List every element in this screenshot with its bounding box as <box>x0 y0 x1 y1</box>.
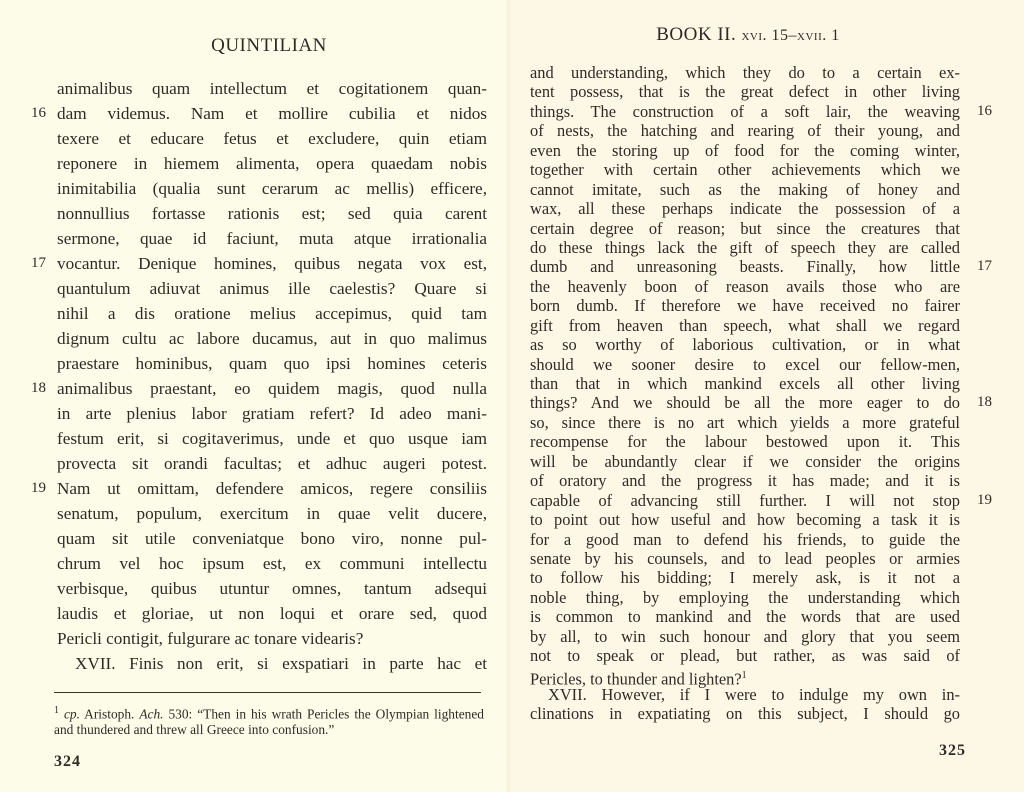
text-line: of nests, the hatching and rearing of th… <box>530 121 960 140</box>
line-text: the heavenly boon of reason avails those… <box>530 277 960 296</box>
text-line: chrum vel hoc ipsum est, ex communi inte… <box>57 551 487 576</box>
line-text: dumb and unreasoning beasts. Finally, ho… <box>530 257 960 276</box>
line-text: praestare hominibus, quam quo ipsi homin… <box>57 354 487 373</box>
text-line: things? And we should be all the more ea… <box>530 393 960 412</box>
line-text: certain degree of reason; but since the … <box>530 219 960 238</box>
text-line: gift from heaven than speech, what shall… <box>530 316 960 335</box>
line-text: chrum vel hoc ipsum est, ex communi inte… <box>57 554 487 573</box>
line-text: clinations in expatiating on this subjec… <box>530 704 960 723</box>
section-number: 18 <box>977 393 992 412</box>
text-line: will be abundantly clear if we consider … <box>530 452 960 471</box>
text-line: XVII. However, if I were to indulge my o… <box>530 685 960 704</box>
text-line: Pericli contigit, fulgurare ac tonare vi… <box>57 626 487 651</box>
footnote-work: Ach. <box>139 706 163 721</box>
section-number: 16 <box>977 102 992 121</box>
running-head-reference: xvi. 15–xvii. 1 <box>741 27 839 44</box>
line-text: in arte plenius labor gratiam refert? Id… <box>57 404 487 423</box>
text-line: certain degree of reason; but since the … <box>530 219 960 238</box>
line-text: to follow his bidding; I merely ask, is … <box>530 568 960 587</box>
text-line: together with certain other achievements… <box>530 160 960 179</box>
text-line: cannot imitate, such as the making of ho… <box>530 180 960 199</box>
text-line: festum erit, si cogitaverimus, unde et q… <box>57 426 487 451</box>
text-line: dumb and unreasoning beasts. Finally, ho… <box>530 257 960 276</box>
page-number-right: 325 <box>939 742 966 760</box>
text-line: animalibus quam intellectum et cogitatio… <box>57 76 487 101</box>
text-line: of oratory and the progress it has made;… <box>530 471 960 490</box>
line-text: so, since there is no art which yields a… <box>530 413 960 432</box>
line-text: texere et educare fetus et excludere, qu… <box>57 129 487 148</box>
line-text: by all, to win such honour and glory tha… <box>530 627 960 646</box>
line-text: things? And we should be all the more ea… <box>530 393 960 412</box>
text-line: is common to mankind and the words that … <box>530 607 960 626</box>
line-text: of nests, the hatching and rearing of th… <box>530 121 960 140</box>
text-line: Pericles, to thunder and lighten?1 <box>530 666 960 685</box>
text-line: by all, to win such honour and glory tha… <box>530 627 960 646</box>
text-line: Nam ut omittam, defendere amicos, regere… <box>57 476 487 501</box>
text-line: capable of advancing still further. I wi… <box>530 491 960 510</box>
line-text: recompense for the labour bestowed upon … <box>530 432 960 451</box>
line-text: reponere in hiemem alimenta, opera quaed… <box>57 154 487 173</box>
text-line: wax, all these perhaps indicate the poss… <box>530 199 960 218</box>
text-line: to follow his bidding; I merely ask, is … <box>530 568 960 587</box>
line-text: festum erit, si cogitaverimus, unde et q… <box>57 429 487 448</box>
left-page-latin: QUINTILIAN animalibus quam intellectum e… <box>0 0 510 792</box>
text-line: inimitabilia (qualia sunt cerarum ac mel… <box>57 176 487 201</box>
line-text: wax, all these perhaps indicate the poss… <box>530 199 960 218</box>
text-line: senatum, populum, exercitum in quae veli… <box>57 501 487 526</box>
line-text: animalibus praestant, eo quidem magis, q… <box>57 379 487 398</box>
line-text: is common to mankind and the words that … <box>530 607 960 626</box>
line-text: nonnullius fortasse rationis est; sed qu… <box>57 204 487 223</box>
text-line: dam videmus. Nam et mollire cubilia et n… <box>57 101 487 126</box>
line-text: than that in which mankind excels all ot… <box>530 374 960 393</box>
text-line: laudis et gloriae, ut non loqui et orare… <box>57 601 487 626</box>
footnote-reference[interactable]: 1 <box>742 670 747 681</box>
text-line: XVII. Finis non erit, si exspatiari in p… <box>57 651 487 676</box>
page-number-left: 324 <box>54 753 81 771</box>
text-line: the heavenly boon of reason avails those… <box>530 277 960 296</box>
text-line: provecta sit orandi facultas; et adhuc a… <box>57 451 487 476</box>
section-number: 18 <box>31 376 46 401</box>
line-text: animalibus quam intellectum et cogitatio… <box>57 79 487 98</box>
text-line: reponere in hiemem alimenta, opera quaed… <box>57 151 487 176</box>
text-line: nonnullius fortasse rationis est; sed qu… <box>57 201 487 226</box>
text-line: born dumb. If therefore we have received… <box>530 296 960 315</box>
line-text: tent possess, that is the great defect i… <box>530 82 960 101</box>
text-line: clinations in expatiating on this subjec… <box>530 704 960 723</box>
line-text: Pericli contigit, fulgurare ac tonare vi… <box>57 629 363 648</box>
line-text: dignum cultu ac labore ducamus, aut in q… <box>57 329 487 348</box>
line-text: do these things lack the gift of speech … <box>530 238 960 257</box>
line-text: sermone, quae id faciunt, muta atque irr… <box>57 229 487 248</box>
line-text: together with certain other achievements… <box>530 160 960 179</box>
text-line: even the storing up of food for the comi… <box>530 141 960 160</box>
text-line: senate by his counsels, and to lead peop… <box>530 549 960 568</box>
line-text: should we sooner desire to excel our fel… <box>530 355 960 374</box>
text-line: verbisque, quibus utuntur omnes, tantum … <box>57 576 487 601</box>
section-number: 17 <box>31 251 46 276</box>
text-line: things. The construction of a soft lair,… <box>530 102 960 121</box>
line-text: and understanding, which they do to a ce… <box>530 63 960 82</box>
line-text: capable of advancing still further. I wi… <box>530 491 960 510</box>
running-head-book: BOOK II. <box>656 24 736 45</box>
text-line: as so worthy of laborious cultivation, o… <box>530 335 960 354</box>
line-text: XVII. Finis non erit, si exspatiari in p… <box>75 654 487 673</box>
section-number: 19 <box>977 491 992 510</box>
text-line: quantulum adiuvat animus ille caelestis?… <box>57 276 487 301</box>
footnote: 1 cp. Aristoph. Ach. 530: “Then in his w… <box>54 703 484 737</box>
line-text: laudis et gloriae, ut non loqui et orare… <box>57 604 487 623</box>
line-text: to point out how useful and how becoming… <box>530 510 960 529</box>
text-line: so, since there is no art which yields a… <box>530 413 960 432</box>
line-text: cannot imitate, such as the making of ho… <box>530 180 960 199</box>
text-line: should we sooner desire to excel our fel… <box>530 355 960 374</box>
line-text: as so worthy of laborious cultivation, o… <box>530 335 960 354</box>
section-number: 17 <box>977 257 992 276</box>
line-text: will be abundantly clear if we consider … <box>530 452 960 471</box>
text-line: vocantur. Denique homines, quibus negata… <box>57 251 487 276</box>
english-text-block: and understanding, which they do to a ce… <box>530 63 960 724</box>
line-text: inimitabilia (qualia sunt cerarum ac mel… <box>57 179 487 198</box>
text-line: and understanding, which they do to a ce… <box>530 63 960 82</box>
line-text: senate by his counsels, and to lead peop… <box>530 549 960 568</box>
footnote-rule <box>54 692 481 693</box>
running-head-left: QUINTILIAN <box>0 35 538 57</box>
line-text: not to speak or plead, but rather, as wa… <box>530 646 960 665</box>
section-number: 19 <box>31 476 46 501</box>
text-line: animalibus praestant, eo quidem magis, q… <box>57 376 487 401</box>
line-text: verbisque, quibus utuntur omnes, tantum … <box>57 579 487 598</box>
text-line: quam sit utile conveniatque bono viro, n… <box>57 526 487 551</box>
text-line: texere et educare fetus et excludere, qu… <box>57 126 487 151</box>
line-text: vocantur. Denique homines, quibus negata… <box>57 254 487 273</box>
text-line: noble thing, by employing the understand… <box>530 588 960 607</box>
text-line: tent possess, that is the great defect i… <box>530 82 960 101</box>
text-line: praestare hominibus, quam quo ipsi homin… <box>57 351 487 376</box>
line-text: quantulum adiuvat animus ille caelestis?… <box>57 279 487 298</box>
footnote-marker: 1 <box>54 705 59 716</box>
line-text: quam sit utile conveniatque bono viro, n… <box>57 529 487 548</box>
line-text: born dumb. If therefore we have received… <box>530 296 960 315</box>
text-line: dignum cultu ac labore ducamus, aut in q… <box>57 326 487 351</box>
latin-text-block: animalibus quam intellectum et cogitatio… <box>57 76 487 676</box>
line-text: even the storing up of food for the comi… <box>530 141 960 160</box>
text-line: do these things lack the gift of speech … <box>530 238 960 257</box>
line-text: noble thing, by employing the understand… <box>530 588 960 607</box>
running-head-right: BOOK II. xvi. 15–xvii. 1 <box>510 24 986 46</box>
footnote-source: Aristoph. <box>84 706 134 721</box>
line-text: dam videmus. Nam et mollire cubilia et n… <box>57 104 487 123</box>
line-text: gift from heaven than speech, what shall… <box>530 316 960 335</box>
text-line: in arte plenius labor gratiam refert? Id… <box>57 401 487 426</box>
line-text: nihil a dis oratione melius accepimus, q… <box>57 304 487 323</box>
text-line: recompense for the labour bestowed upon … <box>530 432 960 451</box>
text-line: nihil a dis oratione melius accepimus, q… <box>57 301 487 326</box>
line-text: for a good man to defend his friends, to… <box>530 530 960 549</box>
line-text: of oratory and the progress it has made;… <box>530 471 960 490</box>
line-text: senatum, populum, exercitum in quae veli… <box>57 504 487 523</box>
text-line: sermone, quae id faciunt, muta atque irr… <box>57 226 487 251</box>
line-text: Nam ut omittam, defendere amicos, regere… <box>57 479 487 498</box>
line-text: provecta sit orandi facultas; et adhuc a… <box>57 454 487 473</box>
section-number: 16 <box>31 101 46 126</box>
text-line: not to speak or plead, but rather, as wa… <box>530 646 960 665</box>
line-text: things. The construction of a soft lair,… <box>530 102 960 121</box>
text-line: to point out how useful and how becoming… <box>530 510 960 529</box>
footnote-abbr: cp. <box>64 706 80 721</box>
text-line: than that in which mankind excels all ot… <box>530 374 960 393</box>
right-page-english: BOOK II. xvi. 15–xvii. 1 and understandi… <box>510 0 1024 792</box>
line-text: XVII. However, if I were to indulge my o… <box>548 685 960 704</box>
text-line: for a good man to defend his friends, to… <box>530 530 960 549</box>
